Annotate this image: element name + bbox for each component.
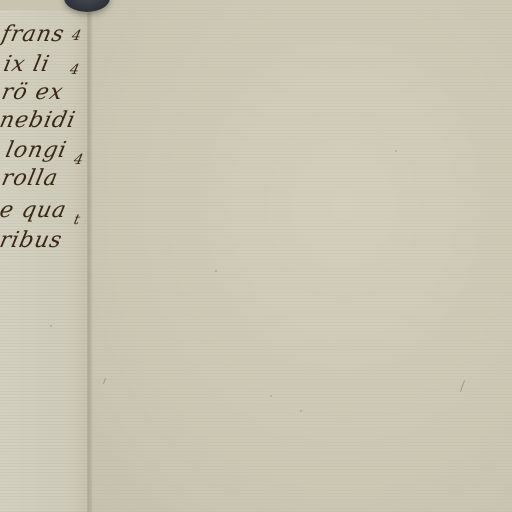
handwriting-line: nebidi (0, 108, 78, 133)
margin-mark: t (72, 212, 82, 228)
handwriting-line: longi (3, 138, 69, 163)
handwriting-area: frans ix li rö ex nebidi longi rolla e q… (0, 0, 88, 512)
handwriting-line: frans (0, 22, 67, 47)
margin-mark: 4 (68, 62, 81, 78)
page-fold-shadow (89, 0, 93, 512)
handwriting-line: ix li (1, 52, 52, 77)
handwriting-line: ribus (0, 228, 65, 253)
paper-speck (215, 270, 217, 272)
margin-mark: 4 (70, 28, 83, 44)
paper-speck (300, 410, 302, 412)
blank-page-right (90, 0, 512, 512)
handwriting-line: rolla (0, 166, 61, 191)
paper-speck (395, 150, 397, 152)
handwriting-line: e qua (0, 198, 69, 223)
paper-speck (270, 395, 272, 397)
paper-speck (50, 325, 52, 327)
handwriting-line: rö ex (0, 80, 66, 105)
margin-mark: 4 (72, 152, 85, 168)
